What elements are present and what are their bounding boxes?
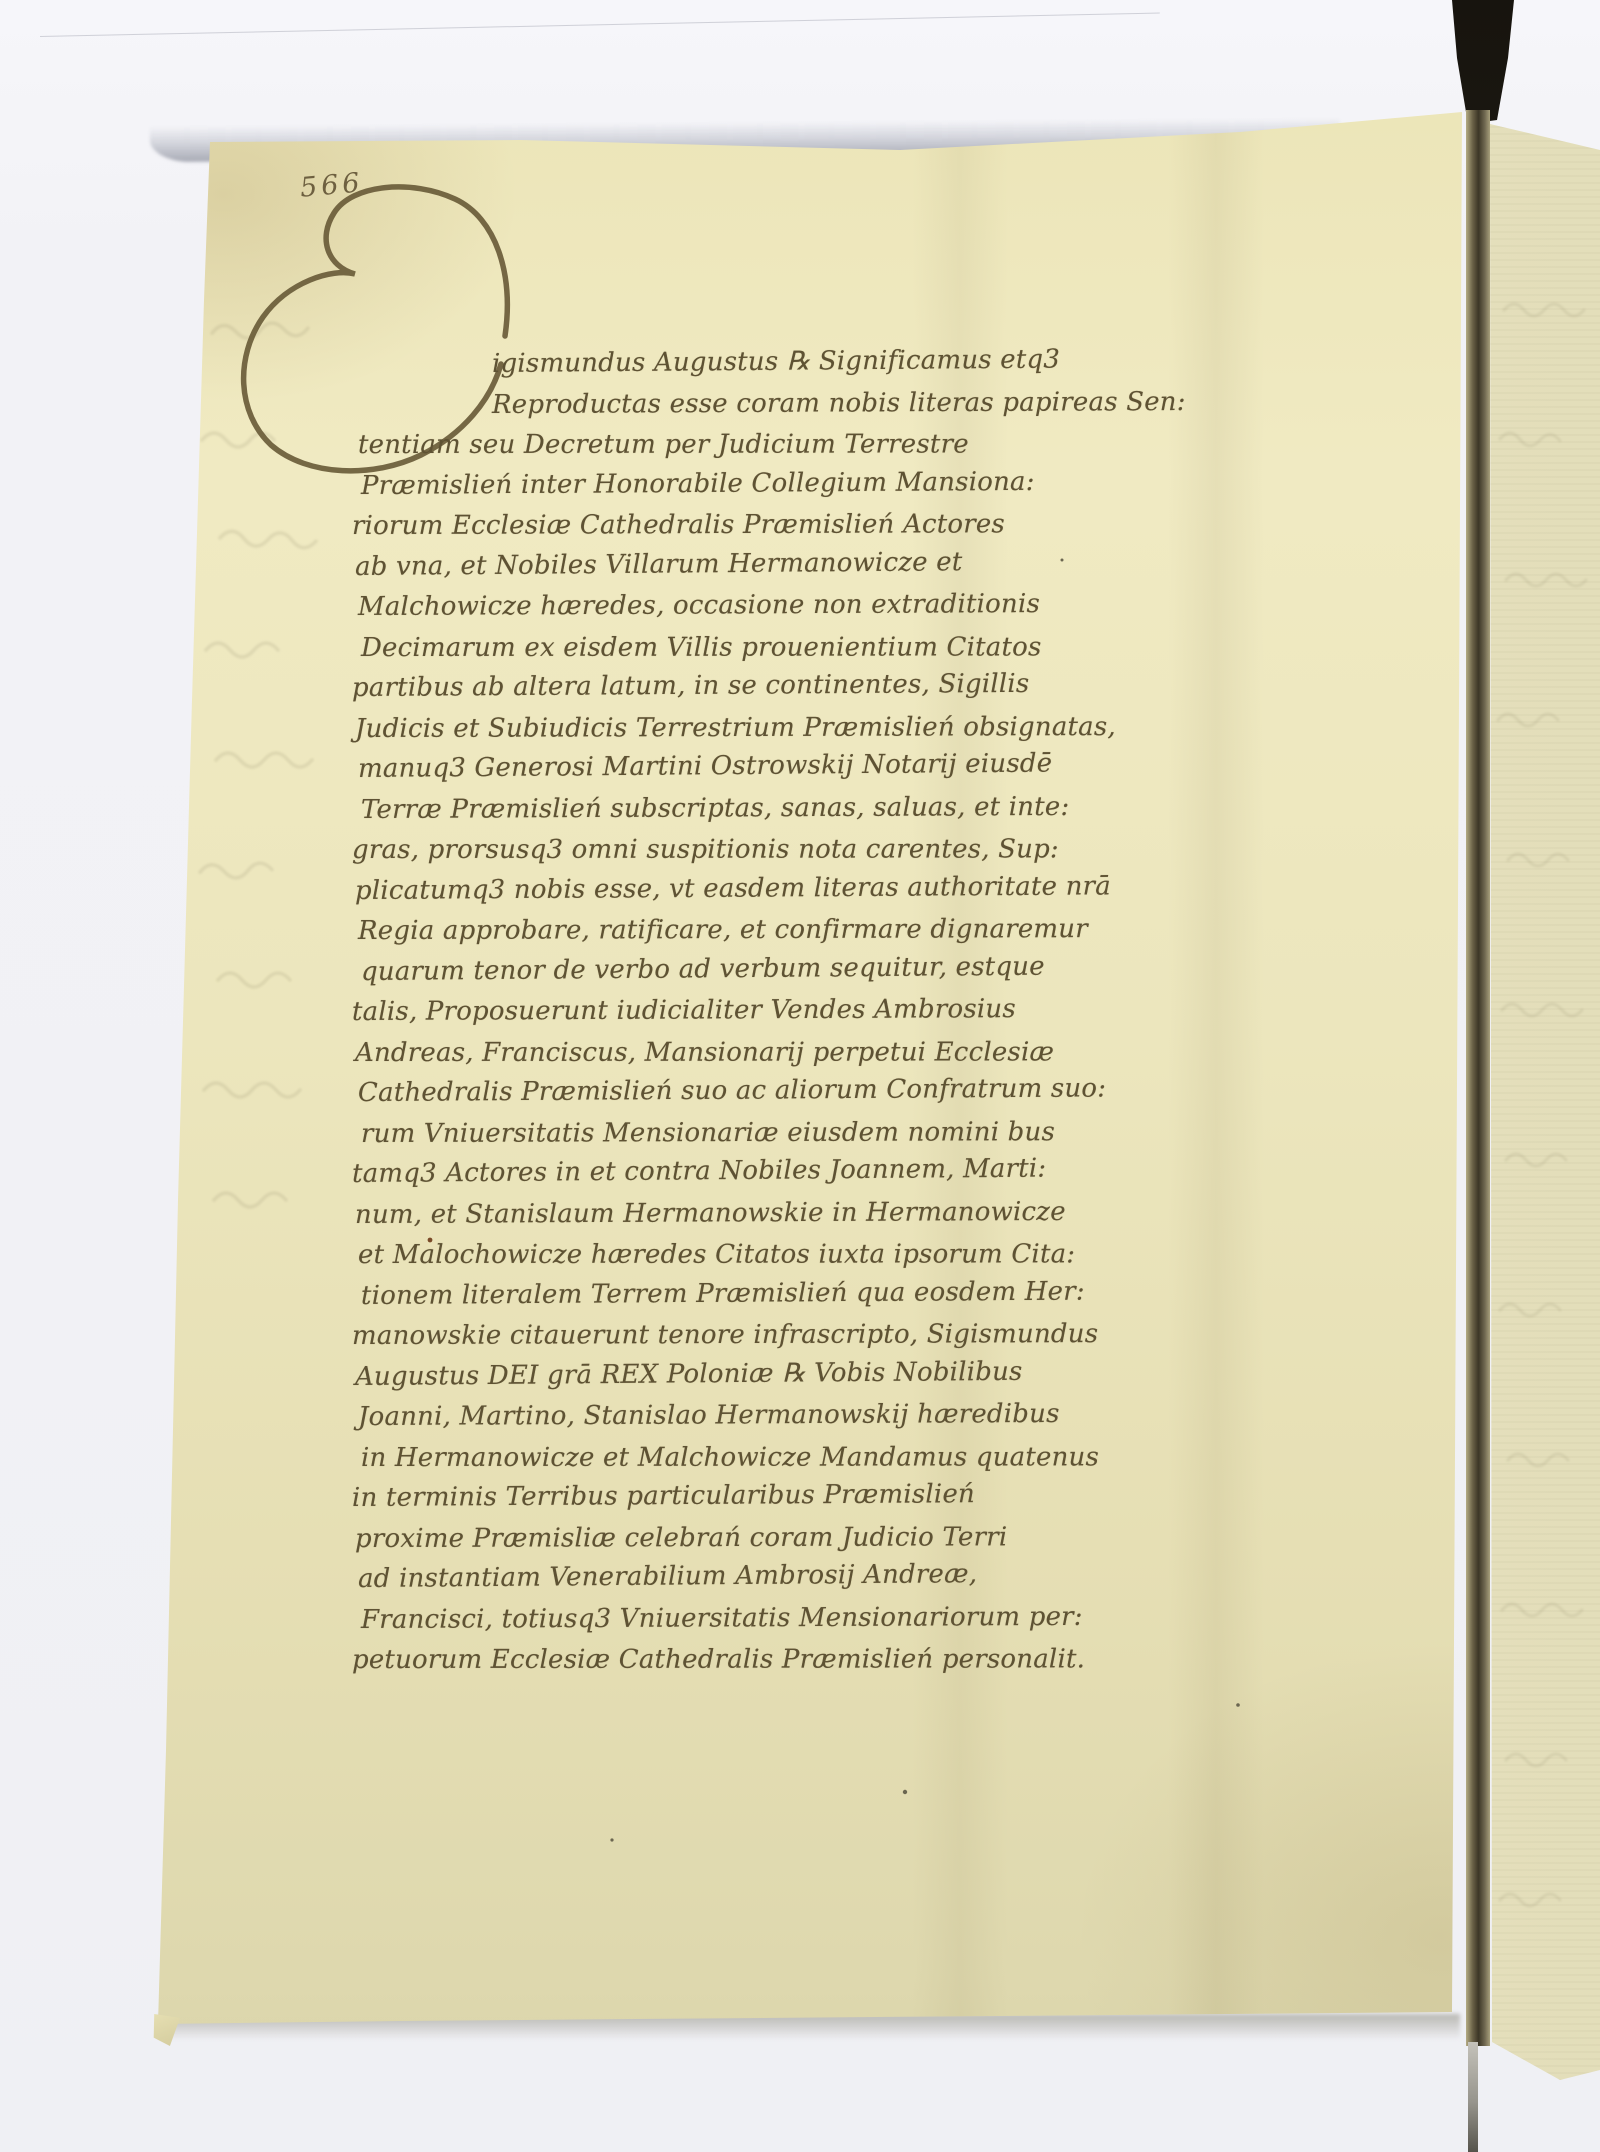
text-block: igismundus Augustus ℞ Significamus etq3R… xyxy=(0,0,1600,2152)
manuscript-line: tamq3 Actores in et contra Nobiles Joann… xyxy=(352,1152,1047,1191)
manuscript-line: tionem literalem Terrem Præmislień qua e… xyxy=(361,1274,1085,1312)
binding-edge-lower xyxy=(1468,2042,1478,2152)
manuscript-line: Malchowicze hæredes, occasione non extra… xyxy=(358,587,1040,624)
manuscript-line: et Malochowicze hæredes Citatos iuxta ip… xyxy=(358,1237,1075,1272)
manuscript-line: partibus ab altera latum, in se continen… xyxy=(352,667,1030,705)
manuscript-line: talis, Proposuerunt iudicialiter Vendes … xyxy=(352,992,1016,1029)
manuscript-line: Cathedralis Præmislień suo ac aliorum Co… xyxy=(358,1071,1106,1110)
manuscript-line: gras, prorsusq3 omni suspitionis nota ca… xyxy=(352,832,1059,867)
manuscript-line: in Hermanowicze et Malchowicze Mandamus … xyxy=(361,1440,1099,1475)
manuscript-line: tentiam seu Decretum per Judicium Terres… xyxy=(358,427,969,462)
manuscript-line: in terminis Terribus particularibus Præm… xyxy=(352,1477,975,1515)
manuscript-line: Reproductas esse coram nobis literas pap… xyxy=(492,384,1186,421)
manuscript-line: proxime Præmisliæ celebrań coram Judicio… xyxy=(355,1520,1007,1556)
manuscript-line: rum Vniuersitatis Mensionariæ eiusdem no… xyxy=(361,1115,1055,1151)
manuscript-line: igismundus Augustus ℞ Significamus etq3 xyxy=(492,343,1060,381)
manuscript-line: plicatumq3 nobis esse, vt easdem literas… xyxy=(355,869,1111,908)
manuscript-line: ab vna, et Nobiles Villarum Hermanowicze… xyxy=(355,545,963,584)
manuscript-line: Decimarum ex eisdem Villis prouenientium… xyxy=(361,630,1042,665)
manuscript-line: petuorum Ecclesiæ Cathedralis Præmislień… xyxy=(352,1642,1085,1677)
manuscript-line: Joanni, Martino, Stanislao Hermanowskij … xyxy=(358,1397,1060,1434)
manuscript-line: Regia approbare, ratificare, et confirma… xyxy=(358,912,1088,948)
manuscript-line: quarum tenor de verbo ad verbum sequitur… xyxy=(361,949,1045,988)
manuscript-line: manuq3 Generosi Martini Ostrowskij Notar… xyxy=(358,747,1053,786)
manuscript-line: Andreas, Franciscus, Mansionarij perpetu… xyxy=(355,1035,1054,1070)
manuscript-line: ad instantiam Venerabilium Ambrosij Andr… xyxy=(358,1557,977,1596)
manuscript-line: num, et Stanislaum Hermanowskie in Herma… xyxy=(355,1194,1066,1231)
manuscript-line: Præmislień inter Honorabile Collegium Ma… xyxy=(361,464,1035,502)
manuscript-line: Terræ Præmislień subscriptas, sanas, sal… xyxy=(361,789,1070,826)
manuscript-line: Augustus DEI grā REX Poloniæ ℞ Vobis Nob… xyxy=(355,1354,1023,1393)
binding-gutter xyxy=(1466,110,1490,2046)
manuscript-scan: 566 igismundus Augustus ℞ Significamus e… xyxy=(0,0,1600,2152)
manuscript-line: Judicis et Subiudicis Terrestrium Præmis… xyxy=(355,710,1116,746)
manuscript-line: Francisci, totiusq3 Vniuersitatis Mensio… xyxy=(361,1599,1083,1636)
manuscript-line: riorum Ecclesiæ Cathedralis Præmislień A… xyxy=(352,507,1005,543)
manuscript-line: manowskie citauerunt tenore infrascripto… xyxy=(352,1317,1098,1353)
